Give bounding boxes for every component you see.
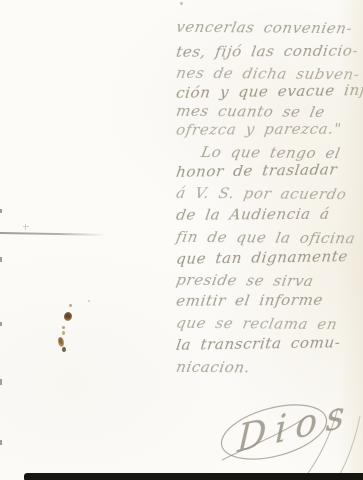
manuscript-line: vencerlas convenien-: [174, 18, 354, 42]
manuscript-line: á V. S. por acuerdo: [174, 184, 348, 207]
ink-stain-dot: [62, 331, 65, 335]
ink-stain-blob: [57, 336, 65, 347]
scan-edge-artifact: [0, 257, 2, 262]
paper-speck: [180, 2, 183, 5]
manuscript-line: emitir el informe: [174, 291, 324, 314]
manuscript-line: ofrezca y parezca.": [174, 120, 342, 143]
scan-edge-artifact: [0, 379, 2, 385]
ink-stain-dot: [69, 304, 72, 307]
scan-edge-bar: [24, 473, 363, 480]
manuscript-line: honor de trasladar: [175, 160, 339, 185]
manuscript-line: la transcrita comu-: [175, 333, 342, 358]
underlying-sheet-edge-line: [0, 232, 107, 236]
scanned-letter-page: vencerlas convenien- tes, fijó las condi…: [0, 0, 363, 480]
cross-mark: [23, 224, 29, 230]
ink-stain-dot: [62, 326, 65, 329]
scan-edge-artifact: [0, 322, 2, 326]
signature-flourish: Dios: [210, 394, 363, 478]
manuscript-line: nicacion.: [174, 358, 252, 381]
scan-edge-artifact: [0, 209, 2, 213]
manuscript-line: que tan dignamente: [175, 247, 349, 272]
ink-stain-dot: [88, 300, 90, 302]
manuscript-line: de la Audiencia á: [174, 205, 331, 228]
ink-stain-dot: [62, 347, 66, 352]
manuscript-line: tes, fijó las condicio-: [174, 42, 359, 65]
scan-edge-artifact: [0, 440, 2, 445]
ink-stain-blob: [63, 311, 74, 322]
